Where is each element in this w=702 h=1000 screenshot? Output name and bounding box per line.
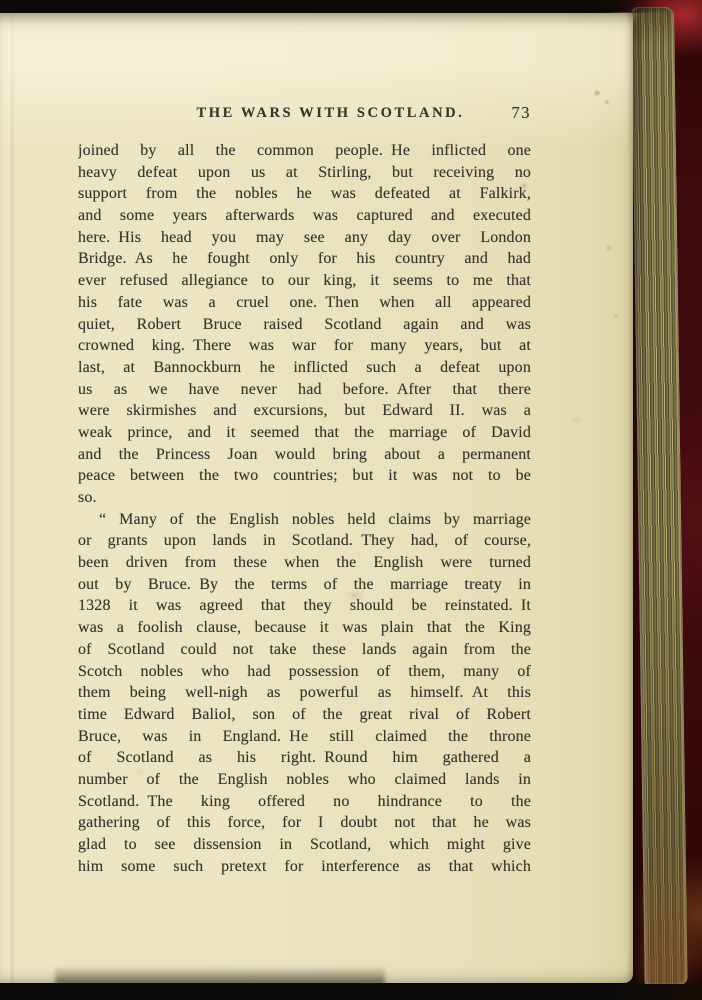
running-header: THE WARS WITH SCOTLAND. 73 (78, 103, 531, 125)
text-line: quiet, Robert Bruce raised Scotland agai… (78, 314, 531, 336)
page-shadow (55, 966, 385, 986)
text-line: peace between the two countries; but it … (78, 465, 531, 487)
text-line: him some such pretext for interference a… (78, 856, 531, 878)
text-line: and some years afterwards was captured a… (78, 205, 531, 227)
page-number: 73 (512, 103, 532, 123)
text-line: his fate was a cruel one. Then when all … (78, 292, 531, 314)
text-line: so. (78, 487, 531, 509)
text-line: glad to see dissension in Scotland, whic… (78, 834, 531, 856)
text-line: us as we have never had before. After th… (78, 379, 531, 401)
text-line: heavy defeat upon us at Stirling, but re… (78, 162, 531, 184)
book-page: THE WARS WITH SCOTLAND. 73 joined by all… (0, 12, 633, 983)
page-content: THE WARS WITH SCOTLAND. 73 joined by all… (78, 12, 531, 983)
text-line: of Scotland as his right. Round him gath… (78, 747, 531, 769)
text-line: were skirmishes and excursions, but Edwa… (78, 400, 531, 422)
photo-bottom-edge (0, 984, 702, 1000)
text-line: Scotland. The king offered no hindrance … (78, 791, 531, 813)
page-title: THE WARS WITH SCOTLAND. (197, 105, 465, 122)
text-line: time Edward Baliol, son of the great riv… (78, 704, 531, 726)
page-body: joined by all the common people. He infl… (78, 140, 531, 877)
photo-top-edge (0, 0, 658, 13)
text-line: weak prince, and it seemed that the marr… (78, 422, 531, 444)
text-line: 1328 it was agreed that they should be r… (78, 595, 531, 617)
scanned-book-photo: THE WARS WITH SCOTLAND. 73 joined by all… (0, 0, 702, 1000)
text-line: last, at Bannockburn he inflicted such a… (78, 357, 531, 379)
text-line: and the Princess Joan would bring about … (78, 444, 531, 466)
text-line: or grants upon lands in Scotland. They h… (78, 530, 531, 552)
text-line: of Scotland could not take these lands a… (78, 639, 531, 661)
text-line: support from the nobles he was defeated … (78, 183, 531, 205)
text-line: out by Bruce. By the terms of the marria… (78, 574, 531, 596)
text-line: number of the English nobles who claimed… (78, 769, 531, 791)
text-line: Bruce, was in England. He still claimed … (78, 726, 531, 748)
text-line: ever refused allegiance to our king, it … (78, 270, 531, 292)
text-line: was a foolish clause, because it was pla… (78, 617, 531, 639)
text-line: been driven from these when the English … (78, 552, 531, 574)
text-line: Scotch nobles who had possession of them… (78, 661, 531, 683)
text-line: them being well-nigh as powerful as hims… (78, 682, 531, 704)
text-line: gathering of this force, for I doubt not… (78, 812, 531, 834)
text-line: crowned king. There was war for many yea… (78, 335, 531, 357)
text-line: “ Many of the English nobles held claims… (78, 509, 531, 531)
text-line: here. His head you may see any day over … (78, 227, 531, 249)
text-line: Bridge. As he fought only for his countr… (78, 248, 531, 270)
text-line: joined by all the common people. He infl… (78, 140, 531, 162)
